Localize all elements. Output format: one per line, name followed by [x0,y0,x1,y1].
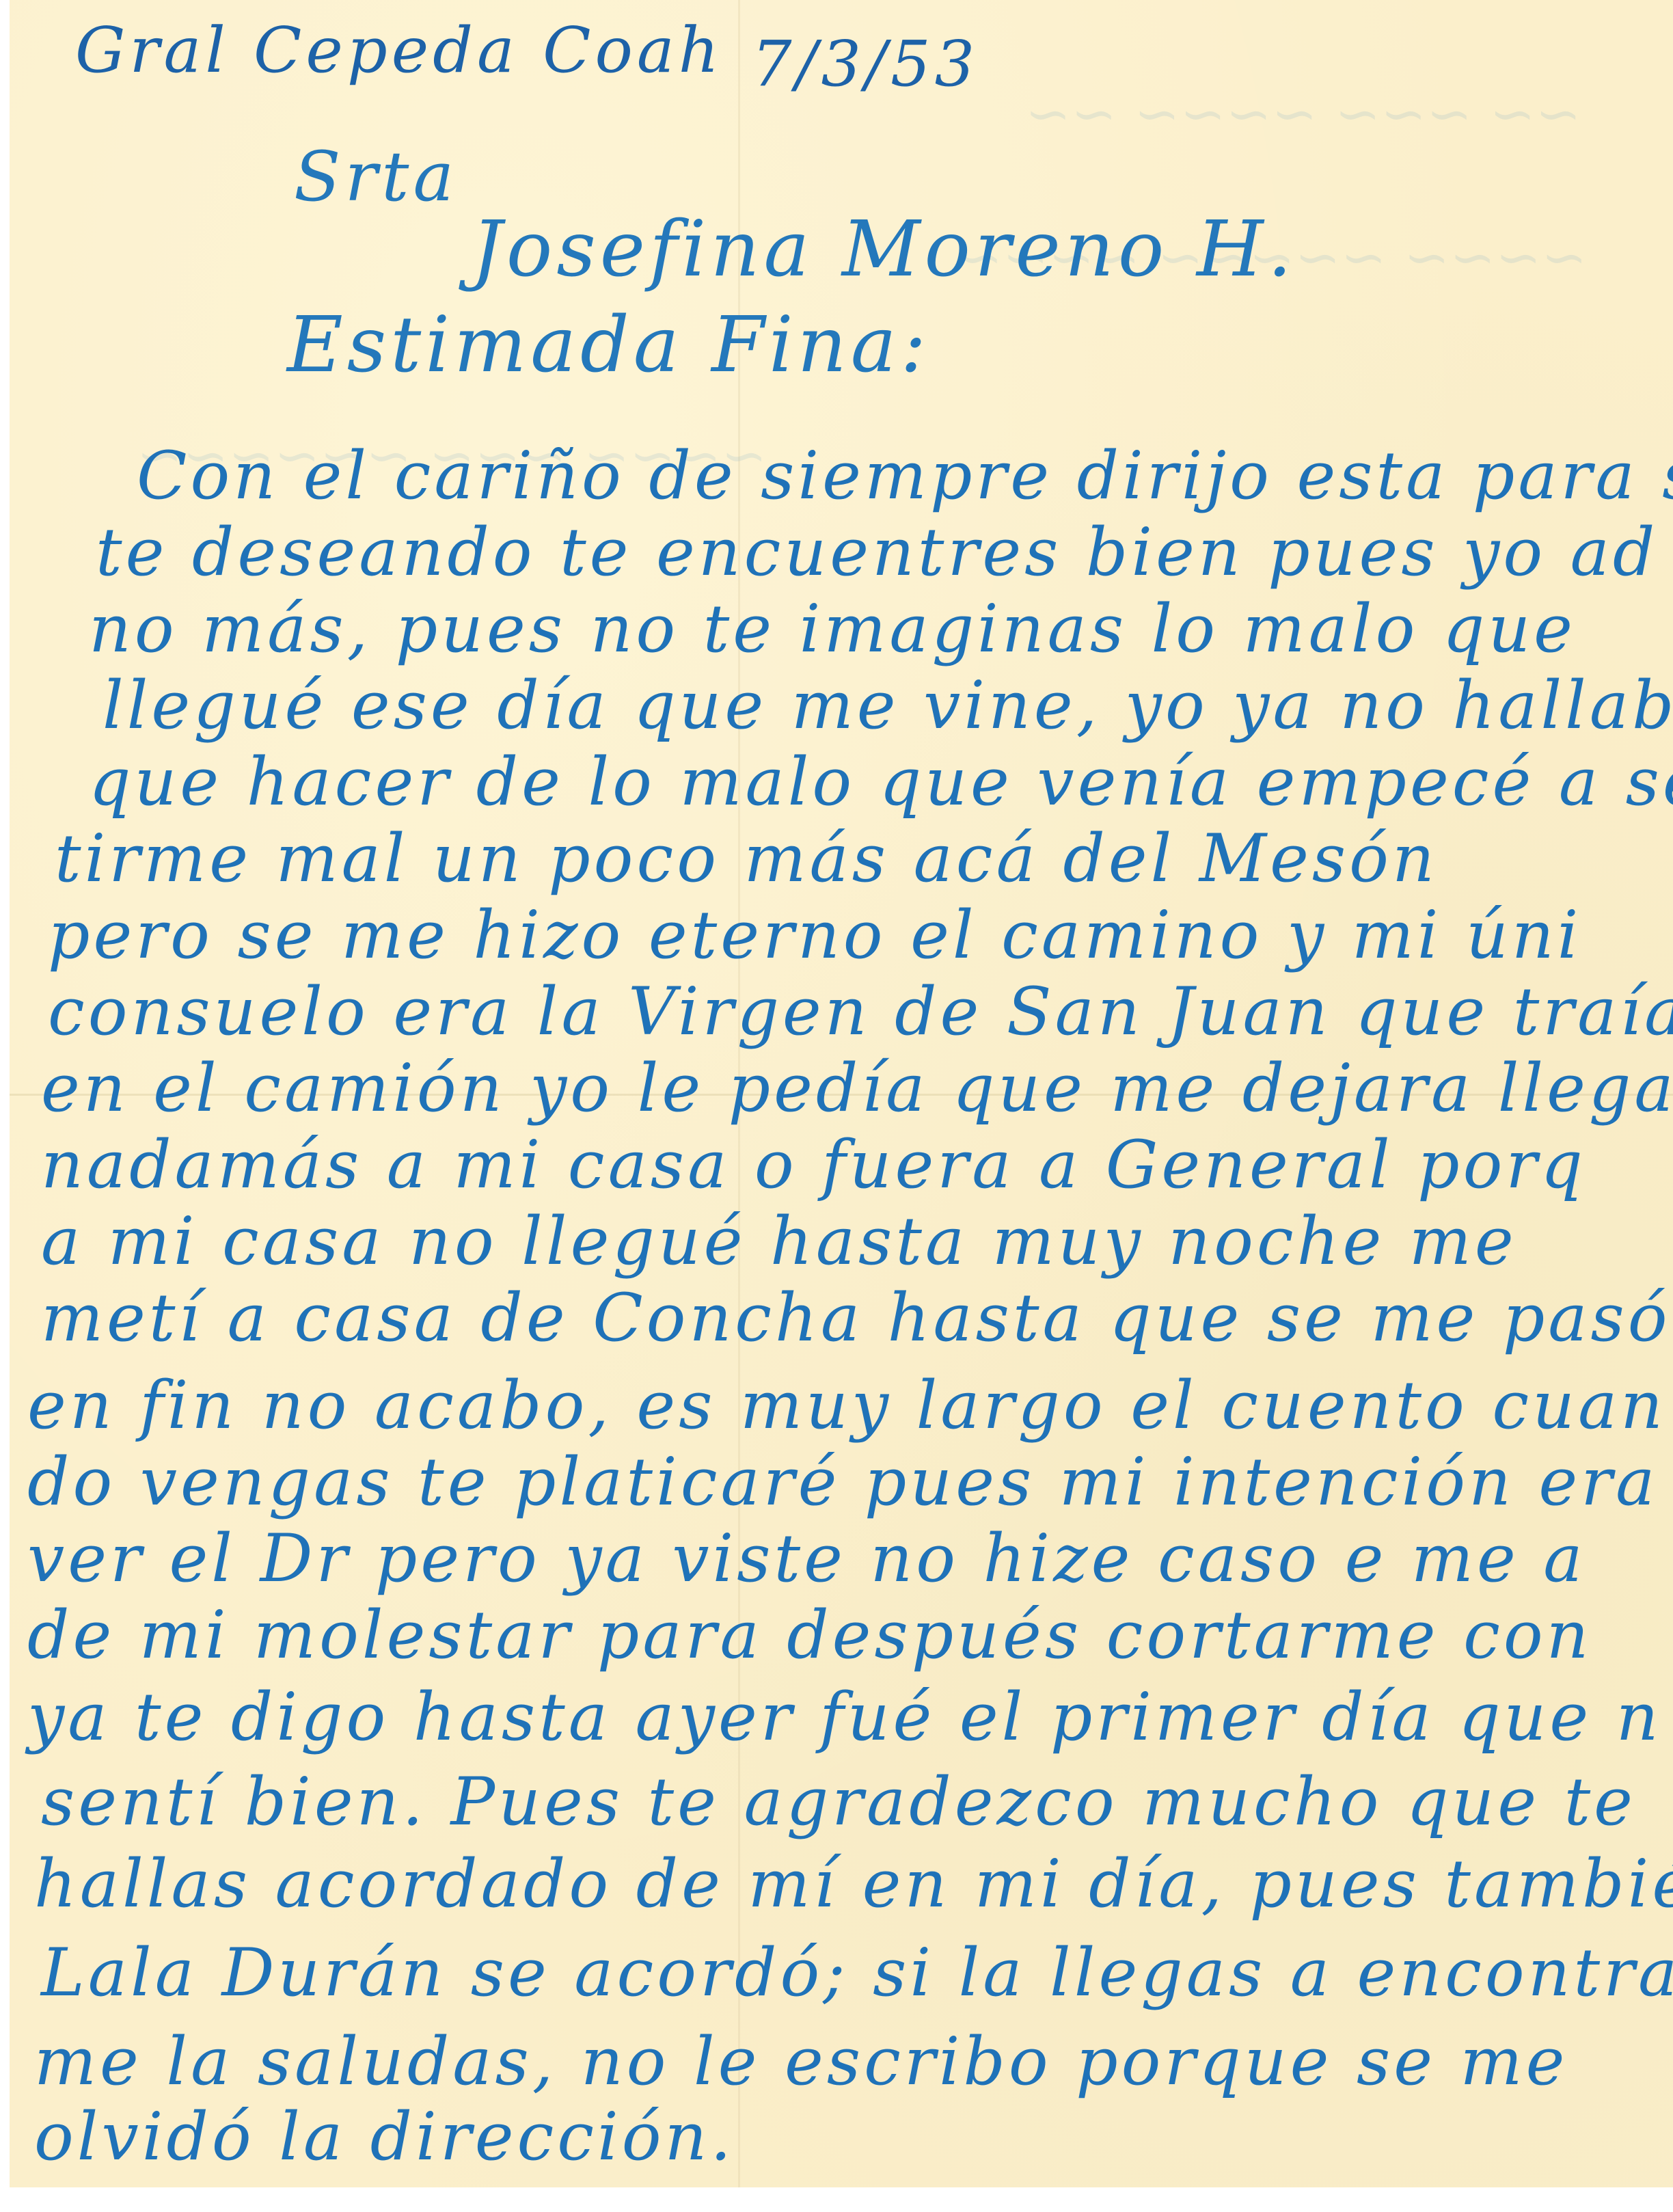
place-line: Gral Cepeda Coah [75,14,723,87]
body-line: a mi casa no llegué hasta muy noche me [41,1203,1517,1280]
body-line: pero se me hizo eterno el camino y mi ún… [48,897,1581,973]
body-line: Lala Durán se acordó; si la llegas a enc… [41,1934,1673,2011]
bleed-through-text: ~~ ~~~ ~~~~ ~~ [1025,82,1581,146]
body-line: no más, pues no te imaginas lo malo que [89,591,1576,667]
body-line: Con el cariño de siempre dirijo esta par… [137,437,1673,514]
body-line: consuelo era la Virgen de San Juan que t… [48,973,1673,1050]
body-line: ver el Dr pero ya viste no hize caso e m… [27,1520,1586,1597]
body-line: te deseando te encuentres bien pues yo a… [96,514,1658,591]
body-line: nadamás a mi casa o fuera a General porq [41,1127,1586,1203]
body-line: ya te digo hasta ayer fué el primer día … [27,1679,1662,1755]
body-line: me la saludas, no le escribo porque se m… [34,2023,1568,2100]
body-line: metí a casa de Concha hasta que se me pa… [41,1280,1671,1356]
recipient-title: Srta [294,137,458,217]
body-line: llegué ese día que me vine, yo ya no hal… [103,667,1673,744]
body-line: tirme mal un poco más acá del Mesón [55,820,1438,897]
recipient-name: Josefina Moreno H. [472,205,1296,294]
body-line: do vengas te platicaré pues mi intención… [27,1444,1658,1520]
body-line: hallas acordado de mí en mi día, pues ta… [34,1846,1673,1922]
salutation: Estimada Fina: [287,301,930,390]
body-line: sentí bien. Pues te agradezco mucho que … [41,1764,1636,1840]
body-line: en fin no acabo, es muy largo el cuento … [27,1367,1666,1444]
body-line: de mi molestar para después cortarme con [27,1597,1592,1673]
body-line: que hacer de lo malo que venía empecé a … [89,744,1673,820]
body-line: olvidó la dirección. [34,2099,735,2175]
body-line: en el camión yo le pedía que me dejara l… [41,1050,1673,1127]
date-line: 7/3/53 [752,27,979,100]
